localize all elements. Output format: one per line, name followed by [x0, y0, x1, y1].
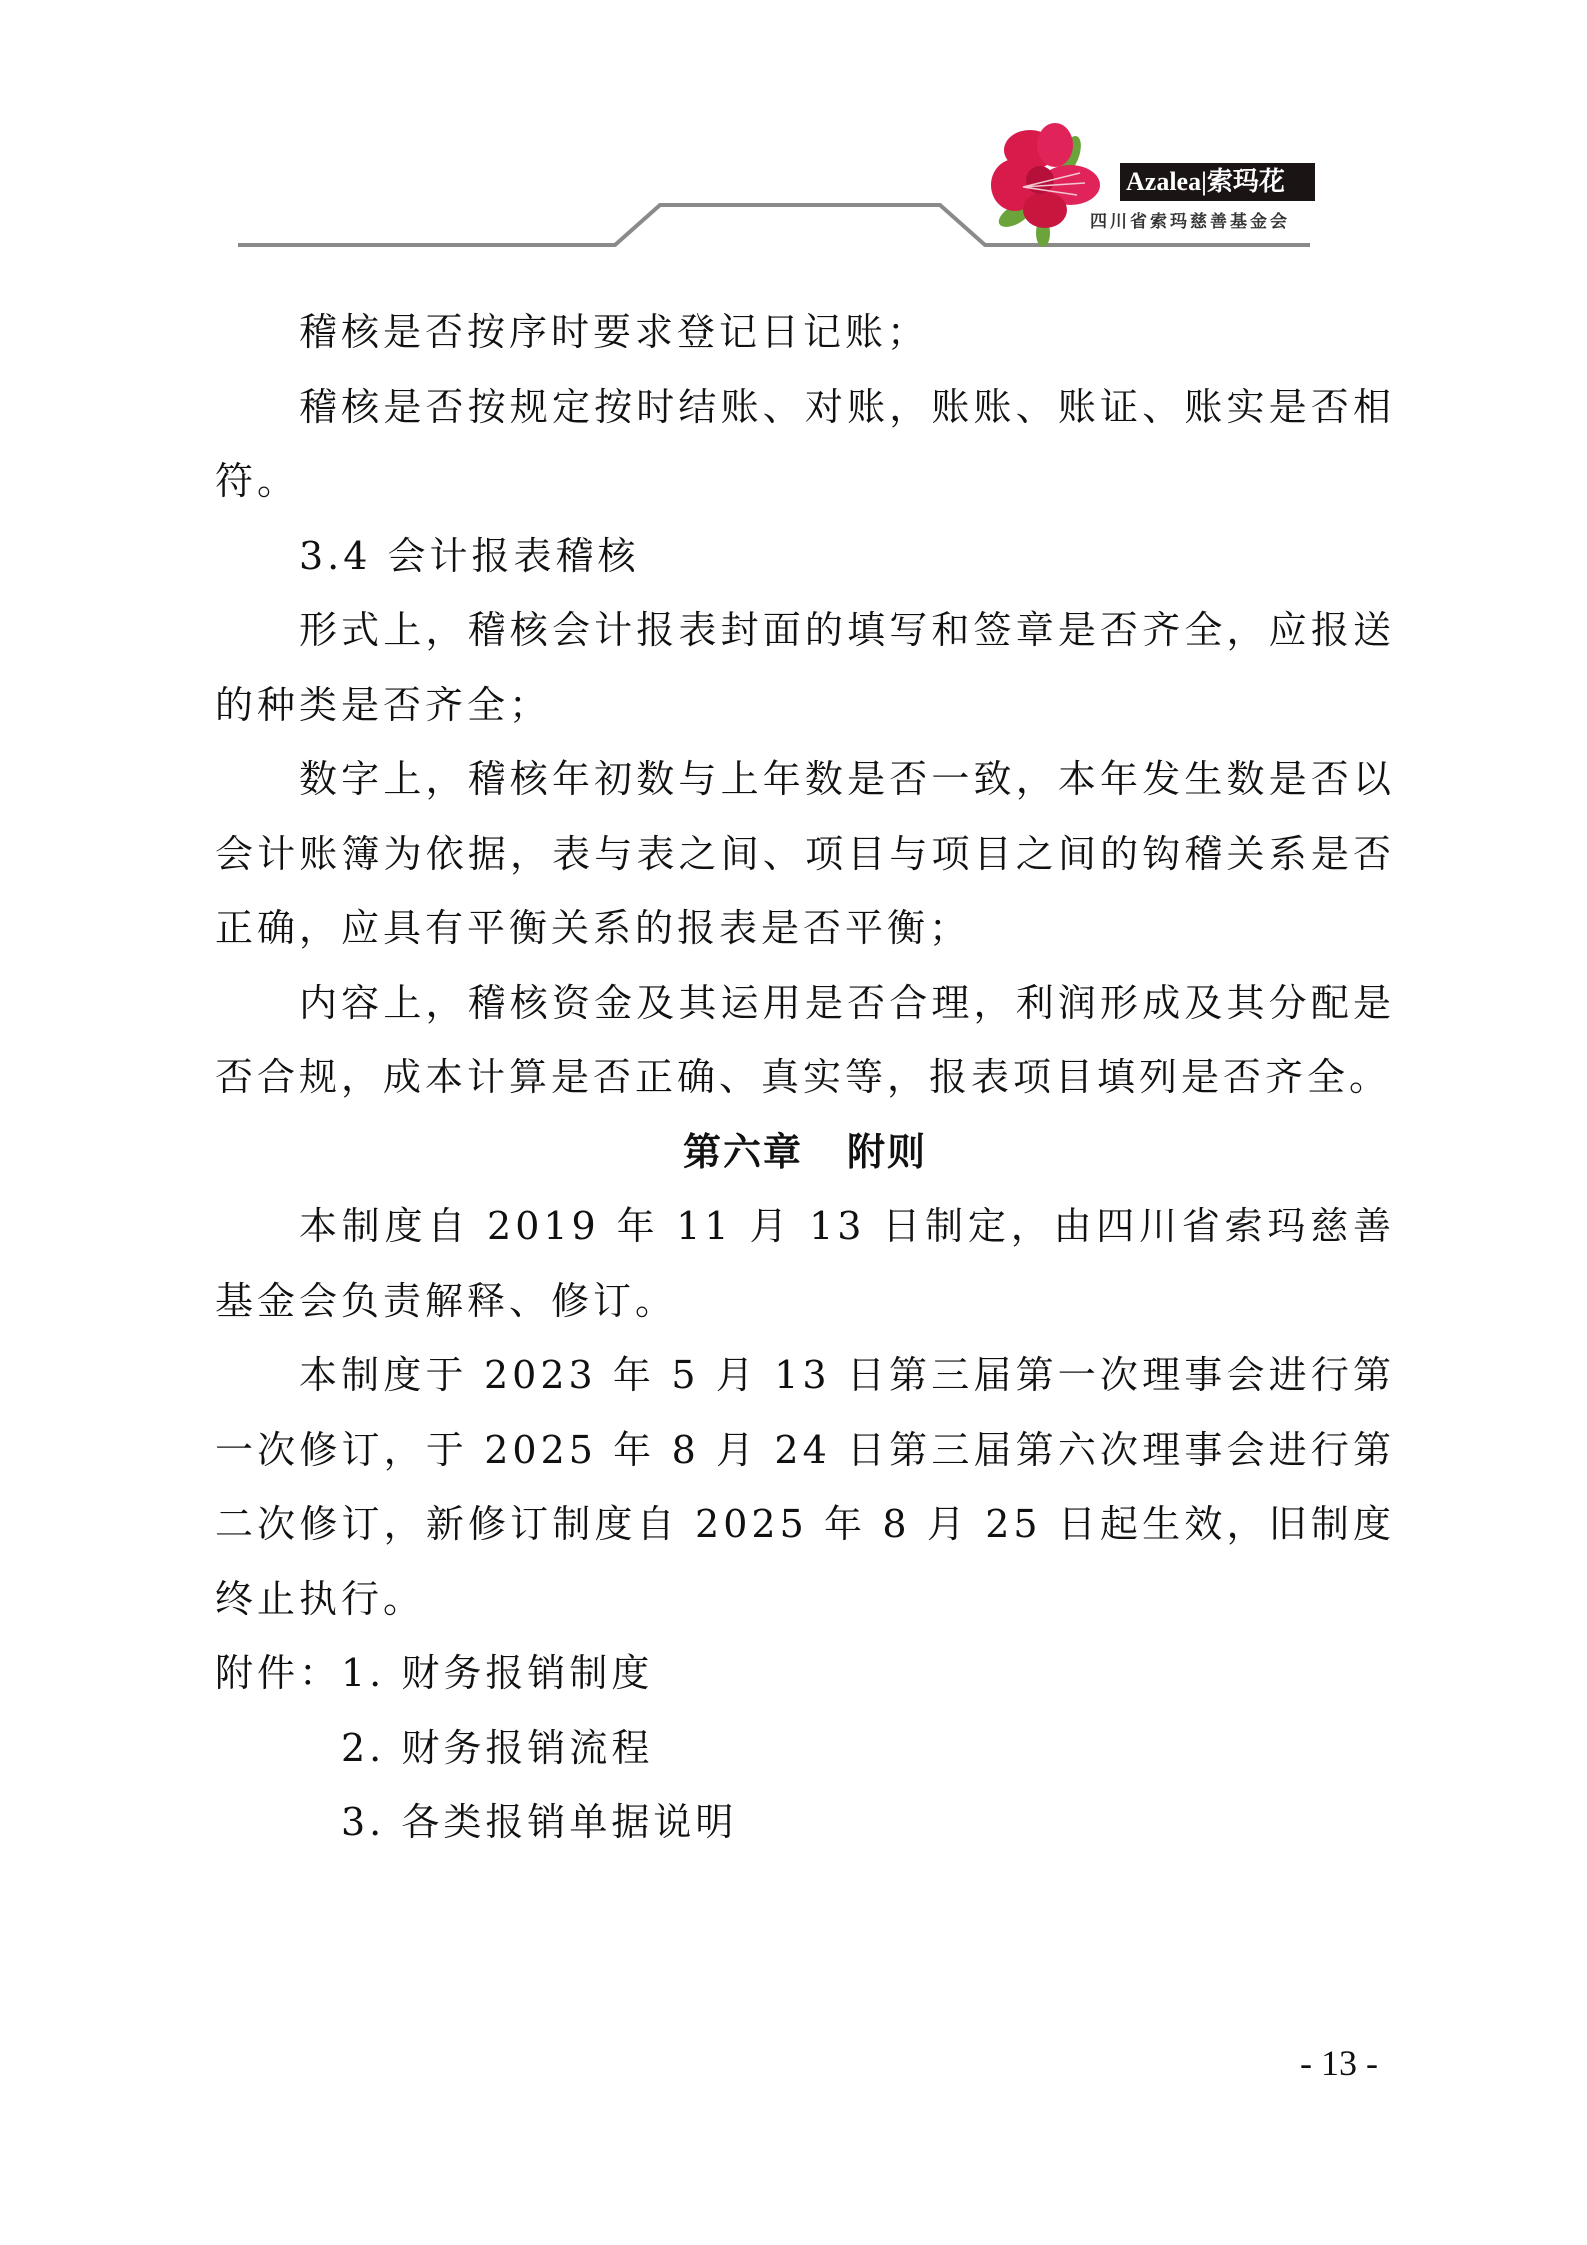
logo-org-name: 四川省索玛慈善基金会 [1090, 207, 1315, 232]
attachment-title: 3. 各类报销单据说明 [341, 1800, 737, 1844]
page-number: - 13 - [1300, 2042, 1378, 2084]
attachment-title: 1. 财务报销制度 [341, 1651, 653, 1695]
logo-brand-band: Azalea|索玛花 [1120, 163, 1315, 201]
paragraph: 内容上，稽核资金及其运用是否合理，利润形成及其分配是否合规，成本计算是否正确、真… [215, 966, 1395, 1115]
attachments-label: 附件： [215, 1636, 341, 1711]
chapter-title: 附则 [847, 1130, 927, 1174]
paragraph: 形式上，稽核会计报表封面的填写和签章是否齐全，应报送的种类是否齐全； [215, 593, 1395, 742]
section-title: 3.4 会计报表稽核 [215, 519, 1395, 594]
chapter-heading: 第六章附则 [215, 1115, 1395, 1190]
paragraph: 数字上，稽核年初数与上年数是否一致，本年发生数是否以会计账簿为依据，表与表之间、… [215, 742, 1395, 966]
logo-brand-en: Azalea [1126, 167, 1201, 196]
foundation-logo: Azalea|索玛花 四川省索玛慈善基金会 [985, 115, 1315, 250]
attachment-item: 3. 各类报销单据说明 [215, 1785, 1395, 1860]
paragraph: 本制度于 2023 年 5 月 13 日第三届第一次理事会进行第一次修订，于 2… [215, 1338, 1395, 1636]
attachments-list: 附件：1. 财务报销制度 2. 财务报销流程 3. 各类报销单据说明 [215, 1636, 1395, 1860]
paragraph: 稽核是否按序时要求登记日记账； [215, 295, 1395, 370]
header-rule [0, 0, 1587, 260]
attachment-item: 附件：1. 财务报销制度 [215, 1636, 1395, 1711]
paragraph: 稽核是否按规定按时结账、对账，账账、账证、账实是否相符。 [215, 370, 1395, 519]
paragraph: 本制度自 2019 年 11 月 13 日制定，由四川省索玛慈善基金会负责解释、… [215, 1189, 1395, 1338]
attachment-item: 2. 财务报销流程 [215, 1711, 1395, 1786]
chapter-number: 第六章 [683, 1130, 803, 1174]
logo-brand-cn: 索玛花 [1207, 167, 1285, 196]
document-body: 稽核是否按序时要求登记日记账； 稽核是否按规定按时结账、对账，账账、账证、账实是… [215, 295, 1395, 1860]
attachment-title: 2. 财务报销流程 [341, 1726, 653, 1770]
